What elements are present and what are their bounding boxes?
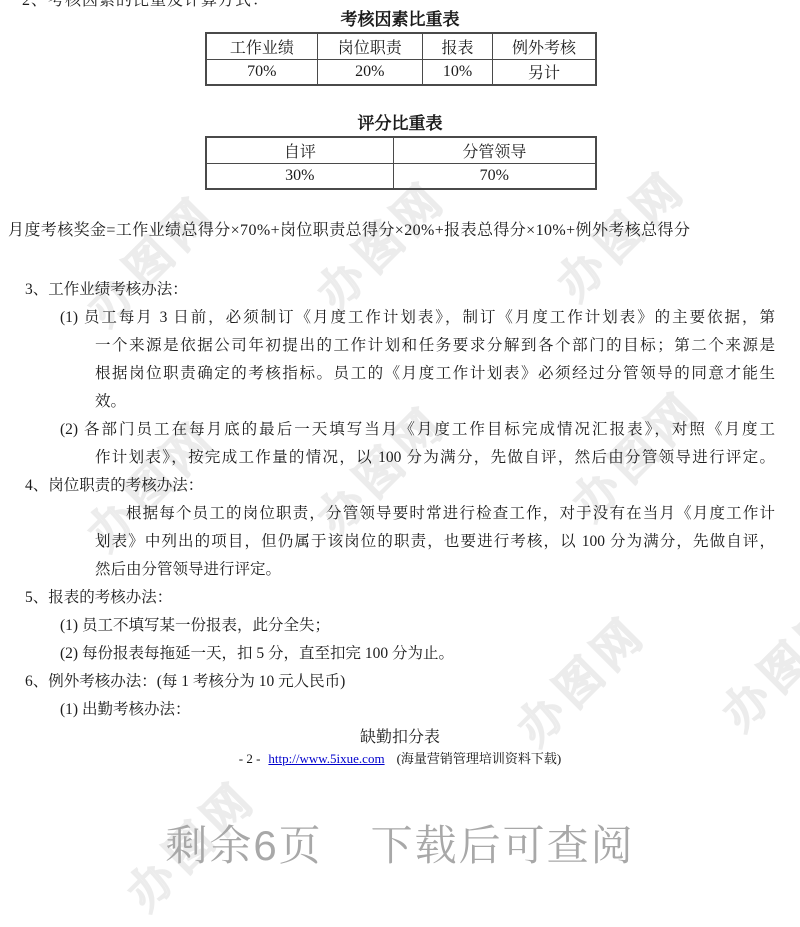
body-line: (1) 员工每月 3 日前，必须制订《月度工作计划表》，制订《月度工作计划表》的… <box>0 304 800 332</box>
clipped-top-heading-text: 2、考核因素的比重及计算方式： <box>22 0 382 8</box>
absence-table-caption: 缺勤扣分表 <box>0 724 800 752</box>
footer-link[interactable]: http://www.5ixue.com <box>268 751 384 766</box>
table-row: 70% 20% 10% 另计 <box>206 59 596 85</box>
factor-weight-table: 工作业绩 岗位职责 报表 例外考核 70% 20% 10% 另计 <box>205 32 597 86</box>
table-header-cell: 自评 <box>206 137 393 163</box>
remaining-pages-banner: 剩余6页 下载后可查阅 <box>0 820 800 872</box>
document-content: 考核因素比重表 工作业绩 岗位职责 报表 例外考核 70% 20% 10% 另计… <box>0 8 800 872</box>
footer-note: (海量营销管理培训资料下载) <box>397 751 562 766</box>
body-line: 然后由分管领导进行评定。 <box>0 556 800 584</box>
table-value-cell: 20% <box>317 59 422 85</box>
score-weight-table: 自评 分管领导 30% 70% <box>205 136 597 190</box>
factor-weight-table-title: 考核因素比重表 <box>0 8 800 32</box>
table-header-cell: 岗位职责 <box>317 33 422 59</box>
table-header-cell: 例外考核 <box>493 33 596 59</box>
table-header-cell: 分管领导 <box>393 137 596 163</box>
body-line: 5、报表的考核办法： <box>0 584 800 612</box>
table-value-cell: 30% <box>206 163 393 189</box>
body-line: 一个来源是依据公司年初提出的工作计划和任务要求分解到各个部门的目标；第二个来源是 <box>0 332 800 360</box>
table-header-cell: 报表 <box>422 33 492 59</box>
table-row: 30% 70% <box>206 163 596 189</box>
table-value-cell: 10% <box>422 59 492 85</box>
table-value-cell: 另计 <box>493 59 596 85</box>
bonus-formula: 月度考核奖金=工作业绩总得分×70%+岗位职责总得分×20%+报表总得分×10%… <box>8 220 800 242</box>
body-line: 6、例外考核办法：(每 1 考核分为 10 元人民币) <box>0 668 800 696</box>
table-value-cell: 70% <box>206 59 317 85</box>
document-page: 办图网 办图网 办图网 办图网 办图网 办图网 办图网 办图网 办图网 2、考核… <box>0 0 800 927</box>
download-hint-text: 下载后可查阅 <box>371 820 635 872</box>
body-line: 4、岗位职责的考核办法： <box>0 472 800 500</box>
body-line: (2) 各部门员工在每月底的最后一天填写当月《月度工作目标完成情况汇报表》，对照… <box>0 416 800 444</box>
score-weight-table-title: 评分比重表 <box>0 112 800 136</box>
page-number: - 2 - <box>239 751 261 766</box>
page-footer: - 2 -http://www.5ixue.com(海量营销管理培训资料下载) <box>0 750 800 768</box>
clipped-top-heading: 2、考核因素的比重及计算方式： <box>22 0 382 8</box>
body-line: 作计划表》，按完成工作量的情况，以 100 分为满分，先做自评，然后由分管领导进… <box>0 444 800 472</box>
body-line: 根据岗位职责确定的考核指标。员工的《月度工作计划表》必须经过分管领导的同意才能生 <box>0 360 800 388</box>
table-header-cell: 工作业绩 <box>206 33 317 59</box>
table-value-cell: 70% <box>393 163 596 189</box>
remaining-pages-text: 剩余6页 <box>165 820 322 872</box>
body-line: 3、工作业绩考核办法： <box>0 276 800 304</box>
body-line: (1) 出勤考核办法： <box>0 696 800 724</box>
table-row: 自评 分管领导 <box>206 137 596 163</box>
document-body: 3、工作业绩考核办法： (1) 员工每月 3 日前，必须制订《月度工作计划表》，… <box>0 276 800 724</box>
body-line: (1) 员工不填写某一份报表，此分全失； <box>0 612 800 640</box>
table-row: 工作业绩 岗位职责 报表 例外考核 <box>206 33 596 59</box>
body-line: 根据每个员工的岗位职责，分管领导要时常进行检查工作，对于没有在当月《月度工作计 <box>0 500 800 528</box>
body-line: (2) 每份报表每拖延一天，扣 5 分，直至扣完 100 分为止。 <box>0 640 800 668</box>
body-line: 划表》中列出的项目，但仍属于该岗位的职责，也要进行考核，以 100 分为满分，先… <box>0 528 800 556</box>
body-line: 效。 <box>0 388 800 416</box>
